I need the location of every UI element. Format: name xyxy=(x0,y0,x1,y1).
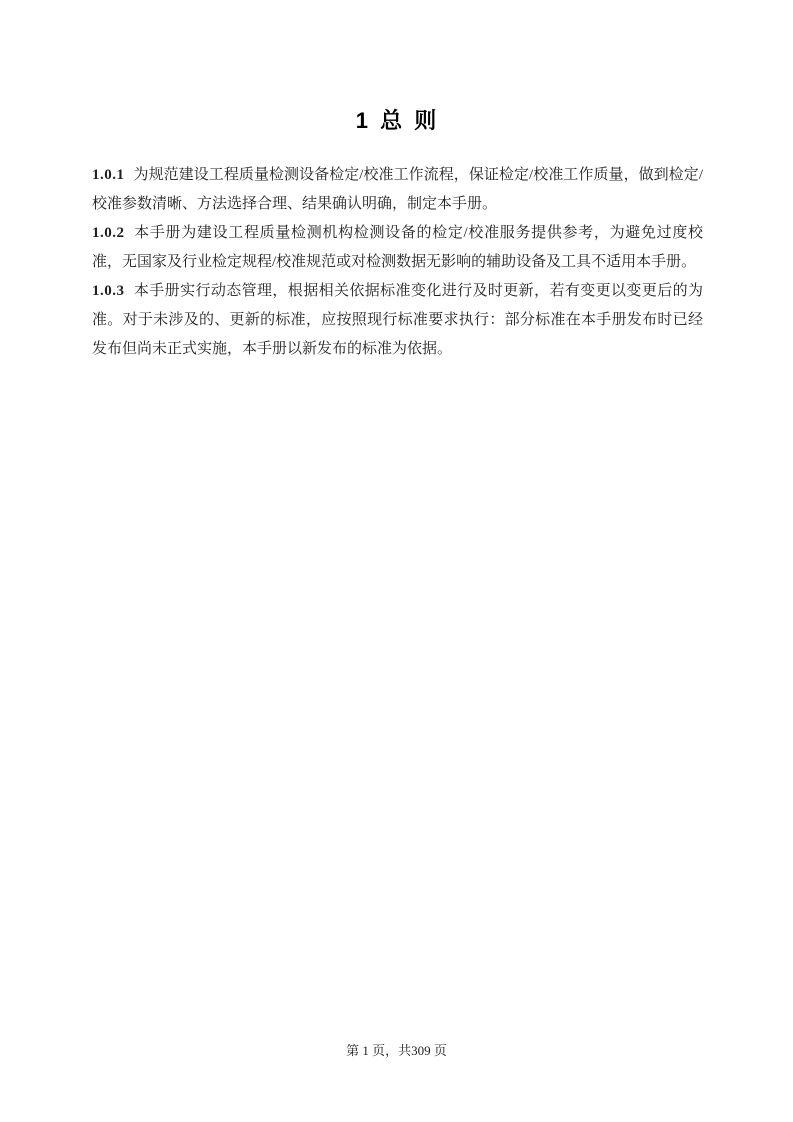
clause-text: 本手册实行动态管理，根据相关依据标准变化进行及时更新，若有变更以变更后的为准。对… xyxy=(92,283,703,357)
clause-1-0-3: 1.0.3本手册实行动态管理，根据相关依据标准变化进行及时更新，若有变更以变更后… xyxy=(92,277,703,364)
clause-number: 1.0.1 xyxy=(92,167,125,183)
document-page: 1 总 则 1.0.1为规范建设工程质量检测设备检定/校准工作流程，保证检定/校… xyxy=(0,0,793,1122)
clause-text: 本手册为建设工程质量检测机构检测设备的检定/校准服务提供参考，为避免过度校准，无… xyxy=(92,225,703,270)
clause-number: 1.0.3 xyxy=(92,283,125,299)
page-title: 1 总 则 xyxy=(92,104,703,135)
clause-number: 1.0.2 xyxy=(92,225,125,241)
page-footer: 第 1 页，共309 页 xyxy=(0,1040,793,1059)
clause-1-0-1: 1.0.1为规范建设工程质量检测设备检定/校准工作流程，保证检定/校准工作质量，… xyxy=(92,161,703,219)
clause-1-0-2: 1.0.2本手册为建设工程质量检测机构检测设备的检定/校准服务提供参考，为避免过… xyxy=(92,219,703,277)
page-number-label: 第 1 页，共309 页 xyxy=(346,1043,447,1058)
clause-text: 为规范建设工程质量检测设备检定/校准工作流程，保证检定/校准工作质量，做到检定/… xyxy=(92,167,703,212)
document-content: 1 总 则 1.0.1为规范建设工程质量检测设备检定/校准工作流程，保证检定/校… xyxy=(92,104,703,364)
